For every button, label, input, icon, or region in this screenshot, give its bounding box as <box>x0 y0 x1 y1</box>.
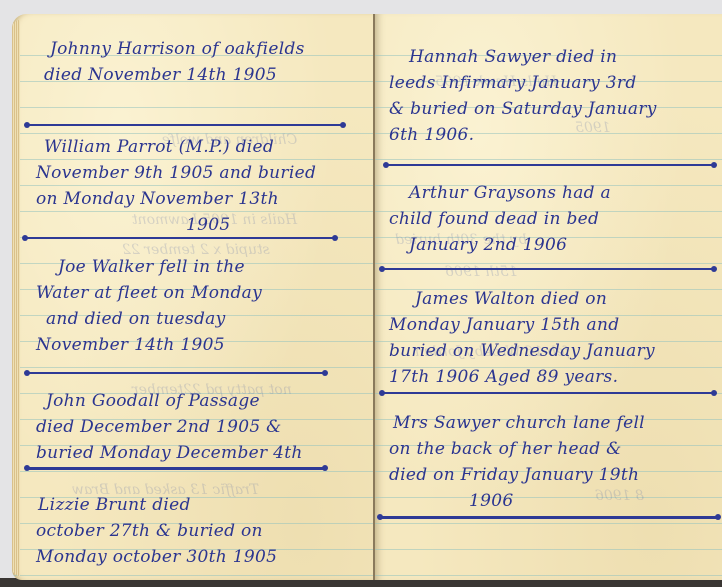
entry-line: William Parrot (M.P.) died <box>36 134 316 160</box>
journal-entry: James Walton died on Monday January 15th… <box>389 286 655 390</box>
entry-line: 6th 1906. <box>389 122 657 148</box>
journal-entry: Lizzie Brunt died october 27th & buried … <box>36 492 277 570</box>
journal-entry: Joe Walker fell in the Water at fleet on… <box>36 254 262 358</box>
entry-line: January 2nd 1906 <box>389 232 611 258</box>
entry-line: Johnny Harrison of oakfields <box>36 36 305 62</box>
entry-line: died December 2nd 1905 & <box>36 414 303 440</box>
entry-line: Water at fleet on Monday <box>36 280 262 306</box>
entry-line: James Walton died on <box>389 286 655 312</box>
left-page: Children and wolfe Hails in 1905 Lawmont… <box>12 14 374 580</box>
entry-line: died on Friday January 19th <box>389 462 645 488</box>
entry-line: Monday January 15th and <box>389 312 655 338</box>
entry-line: leeds Infirmary January 3rd <box>389 70 657 96</box>
entry-line: November 14th 1905 <box>36 332 262 358</box>
entry-line: on Monday November 13th <box>36 186 316 212</box>
entry-line: Joe Walker fell in the <box>36 254 262 280</box>
entry-line: october 27th & buried on <box>36 518 277 544</box>
entry-line: died November 14th 1905 <box>36 62 305 88</box>
divider-rule <box>24 237 336 239</box>
divider-rule <box>381 268 715 270</box>
entry-line: Lizzie Brunt died <box>36 492 277 518</box>
journal-entry: John Goodall of Passage died December 2n… <box>36 388 303 466</box>
journal-entry: Arthur Graysons had a child found dead i… <box>389 180 611 258</box>
entry-line: 1905 <box>36 212 316 238</box>
journal-entry: Hannah Sawyer died in leeds Infirmary Ja… <box>389 44 657 148</box>
entry-line: buried Monday December 4th <box>36 440 303 466</box>
entry-line: and died on tuesday <box>36 306 262 332</box>
divider-rule <box>26 467 326 470</box>
open-notebook: Children and wolfe Hails in 1905 Lawmont… <box>12 14 722 580</box>
entry-line: Mrs Sawyer church lane fell <box>389 410 645 436</box>
entry-line: Arthur Graysons had a <box>389 180 611 206</box>
divider-rule <box>26 372 326 374</box>
divider-rule <box>385 164 715 166</box>
page-stack-edge <box>12 20 20 576</box>
divider-rule <box>381 392 715 394</box>
entry-line: John Goodall of Passage <box>36 388 303 414</box>
entry-line: Monday october 30th 1905 <box>36 544 277 570</box>
bleed-through-text: 15th 1906 <box>445 264 518 280</box>
entry-line: November 9th 1905 and buried <box>36 160 316 186</box>
entry-line: on the back of her head & <box>389 436 645 462</box>
entry-line: buried on Wednesday January <box>389 338 655 364</box>
entry-line: child found dead in bed <box>389 206 611 232</box>
entry-line: 1906 <box>389 488 645 514</box>
journal-entry: William Parrot (M.P.) died November 9th … <box>36 134 316 238</box>
entry-line: & buried on Saturday January <box>389 96 657 122</box>
journal-entry: Mrs Sawyer church lane fell on the back … <box>389 410 645 514</box>
journal-entry: Johnny Harrison of oakfields died Novemb… <box>36 36 305 88</box>
divider-rule <box>379 516 719 519</box>
entry-line: 17th 1906 Aged 89 years. <box>389 364 655 390</box>
divider-rule <box>26 124 344 126</box>
right-page: Hails Hawk 1905 1905 by the 30th buried … <box>375 14 722 580</box>
entry-line: Hannah Sawyer died in <box>389 44 657 70</box>
